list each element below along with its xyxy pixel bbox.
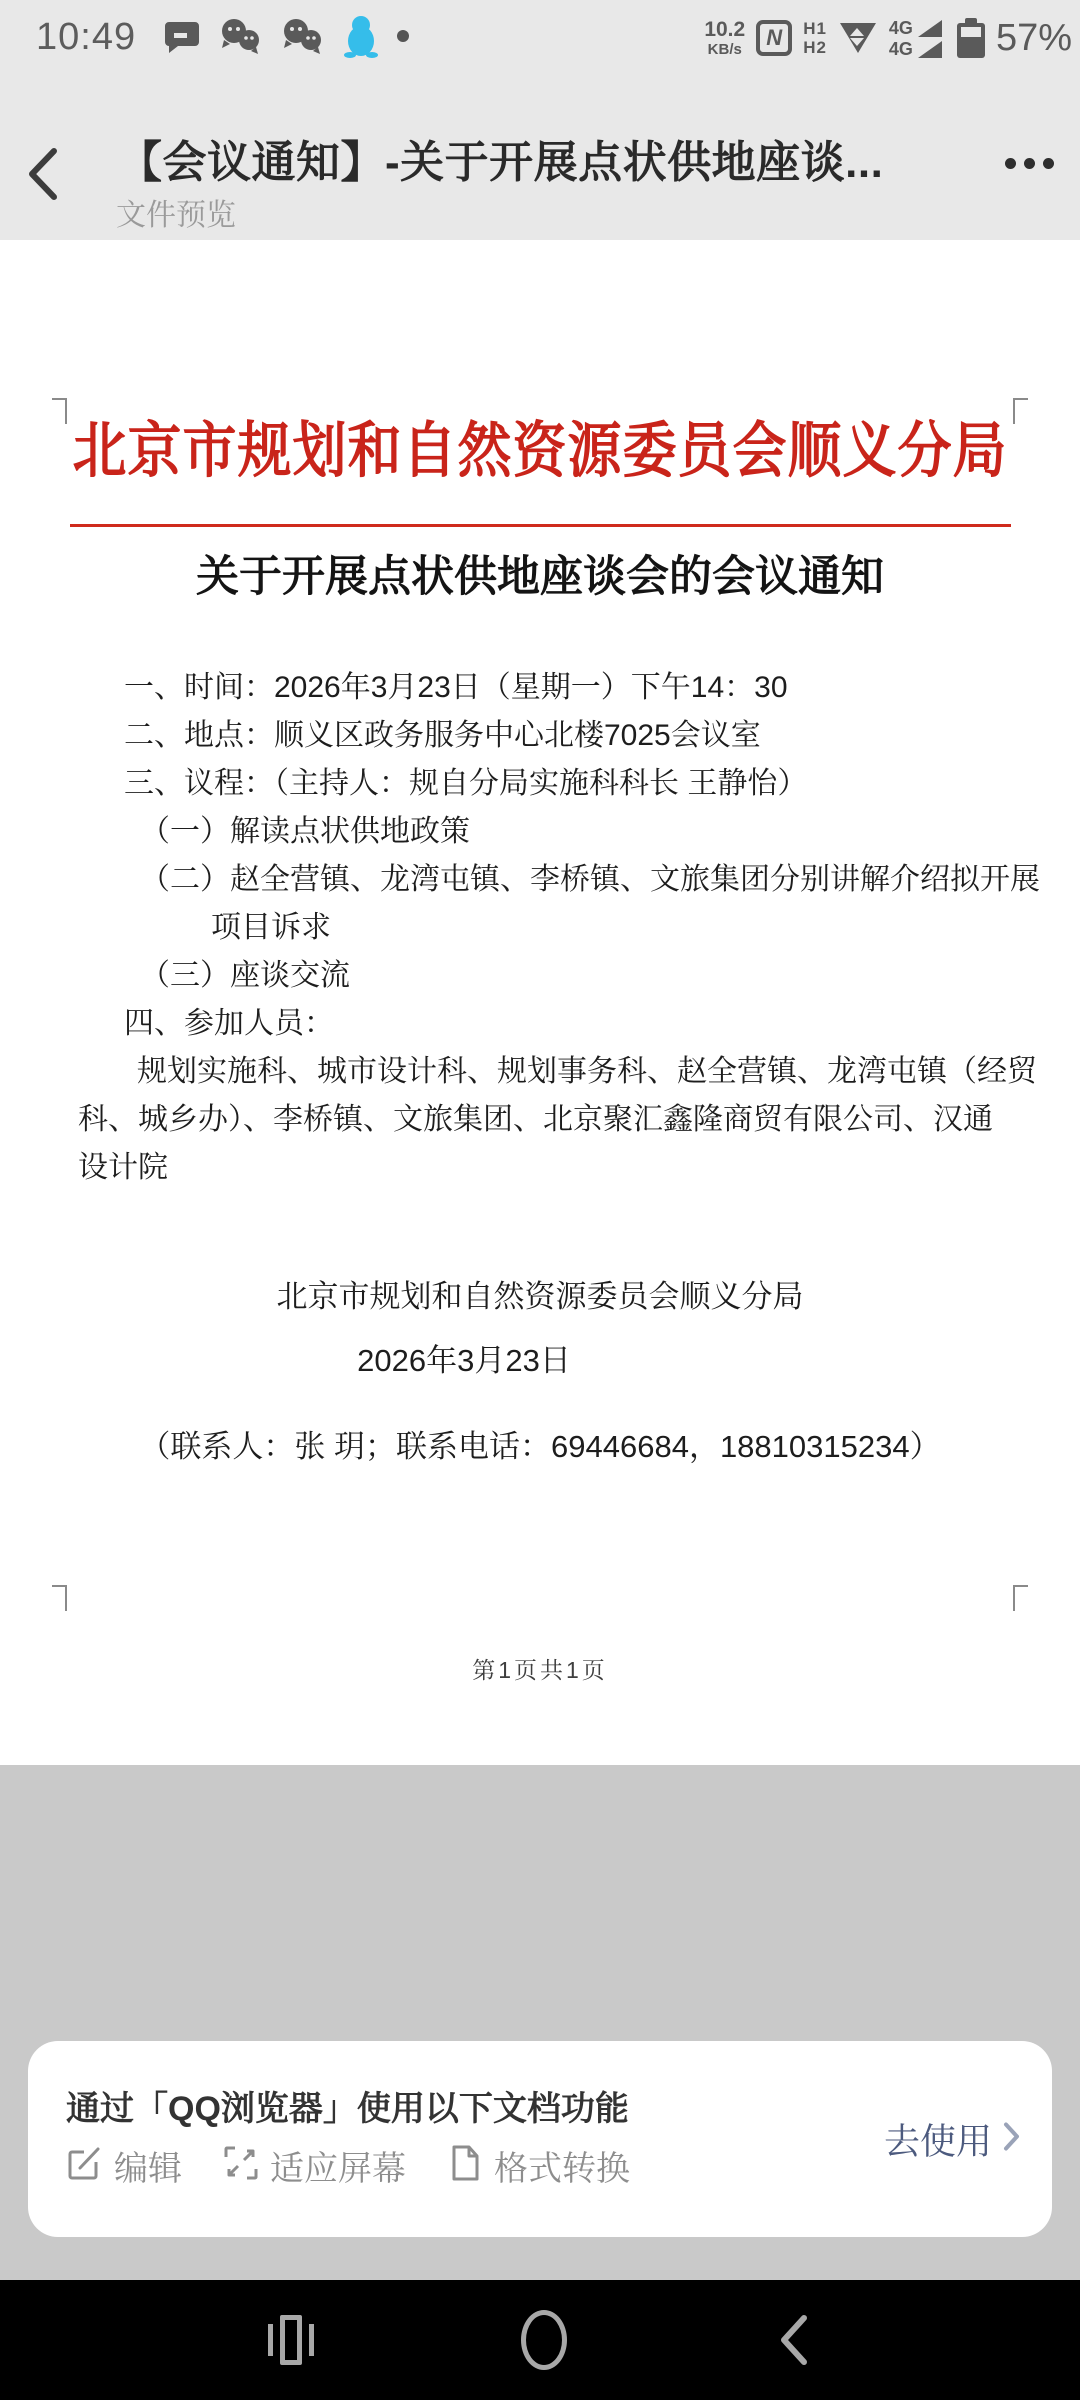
body-line: 科、城乡办）、李桥镇、文旅集团、北京聚汇鑫隆商贸有限公司、汉通	[78, 1096, 1010, 1144]
notification-dot	[396, 29, 410, 48]
go-use-label: 去使用	[884, 2114, 992, 2165]
signal-triangle-icon	[918, 41, 942, 58]
fit-screen-label: 适应屏幕	[270, 2141, 406, 2190]
network-type-sim1: 4G	[889, 19, 913, 37]
format-convert-action[interactable]: 格式转换	[446, 2141, 630, 2190]
promo-actions: 编辑 适应屏幕 格式转换	[66, 2141, 630, 2190]
recents-icon	[268, 2324, 273, 2356]
document-preview-page[interactable]: 北京市规划和自然资源委员会顺义分局 关于开展点状供地座谈会的会议通知 一、时间：…	[0, 240, 1080, 1765]
menu-dot-icon	[1024, 158, 1035, 169]
fit-screen-action[interactable]: 适应屏幕	[222, 2141, 406, 2190]
qq-icon	[342, 14, 380, 63]
recents-icon	[280, 2315, 302, 2365]
recents-icon	[309, 2324, 314, 2356]
red-rule-divider	[70, 524, 1011, 527]
cellular-signal: 4G 4G	[889, 19, 942, 58]
promo-title: 通过「QQ浏览器」使用以下文档功能	[66, 2081, 629, 2130]
qq-browser-promo-sheet: 通过「QQ浏览器」使用以下文档功能 编辑 适应屏幕 格式转换	[28, 2041, 1052, 2237]
body-line: 四、参加人员：	[78, 1000, 1010, 1048]
format-convert-label: 格式转换	[494, 2141, 630, 2190]
document-title-header: 【会议通知】-关于开展点状供地座谈...	[118, 126, 883, 190]
body-line: 规划实施科、城市设计科、规划事务科、赵全营镇、龙湾屯镇（经贸	[78, 1048, 1010, 1096]
body-line: 二、地点：顺义区政务服务中心北楼7025会议室	[78, 712, 1010, 760]
battery-icon	[957, 18, 985, 58]
clock: 10:49	[36, 16, 136, 59]
go-use-button[interactable]: 去使用	[884, 2114, 1022, 2165]
body-line: 一、时间：2026年3月23日（星期一）下午14：30	[78, 664, 1010, 712]
body-line: （一）解读点状供地政策	[78, 808, 1010, 856]
wechat-icon	[280, 16, 326, 61]
network-type-sim2: 4G	[889, 40, 913, 58]
page-number-footer: 第1页共1页	[0, 1652, 1080, 1685]
nfc-icon: N	[756, 20, 792, 56]
wechat-icon	[218, 16, 264, 61]
overflow-menu-button[interactable]	[1005, 158, 1054, 169]
header-subtitle: 文件预览	[116, 190, 236, 234]
red-letterhead-title: 北京市规划和自然资源委员会顺义分局	[0, 421, 1080, 481]
body-line: 项目诉求	[78, 904, 1010, 952]
page-corner-mark	[1013, 1585, 1028, 1611]
body-line: 设计院	[78, 1144, 1010, 1192]
signature-date: 2026年3月23日	[0, 1342, 1004, 1379]
body-line: （二）赵全营镇、龙湾屯镇、李桥镇、文旅集团分别讲解介绍拟开展	[78, 856, 1010, 904]
status-bar: 10:49 10.2 KB/s N	[0, 0, 1080, 76]
fit-screen-icon	[222, 2144, 260, 2187]
edit-label: 编辑	[114, 2141, 182, 2190]
file-convert-icon	[446, 2144, 484, 2187]
edit-icon	[66, 2144, 104, 2187]
page-corner-mark	[52, 1585, 67, 1611]
android-nav-bar	[0, 2280, 1080, 2400]
notice-body: 一、时间：2026年3月23日（星期一）下午14：30 二、地点：顺义区政务服务…	[78, 664, 1010, 1192]
menu-dot-icon	[1043, 158, 1054, 169]
system-status-icons: 10.2 KB/s N H1 H2 4G 4G	[704, 0, 1072, 76]
notice-title: 关于开展点状供地座谈会的会议通知	[0, 556, 1080, 599]
recents-button[interactable]	[268, 2314, 314, 2366]
data-usage-icon	[838, 21, 878, 55]
signature-organization: 北京市规划和自然资源委员会顺义分局	[0, 1278, 1080, 1315]
battery-percent: 57%	[996, 17, 1072, 60]
menu-dot-icon	[1005, 158, 1016, 169]
app-header: 【会议通知】-关于开展点状供地座谈... 文件预览	[0, 76, 1080, 240]
volte-hd-dual-icon: H1 H2	[803, 20, 827, 56]
sms-icon	[162, 16, 202, 61]
edit-action[interactable]: 编辑	[66, 2141, 182, 2190]
phone-screen: 10:49 10.2 KB/s N	[0, 0, 1080, 2400]
nav-back-button[interactable]	[776, 2312, 812, 2373]
contact-line: （联系人：张 玥；联系电话：69446684，18810315234）	[0, 1428, 1080, 1465]
notification-icons	[162, 0, 410, 76]
back-button[interactable]	[22, 146, 66, 202]
body-line: （三）座谈交流	[78, 952, 1010, 1000]
home-button[interactable]	[521, 2310, 567, 2370]
network-speed: 10.2 KB/s	[704, 19, 745, 57]
chevron-right-icon	[1002, 2120, 1022, 2159]
signal-triangle-icon	[918, 20, 942, 37]
body-line: 三、议程：（主持人：规自分局实施科科长 王静怡）	[78, 760, 1010, 808]
